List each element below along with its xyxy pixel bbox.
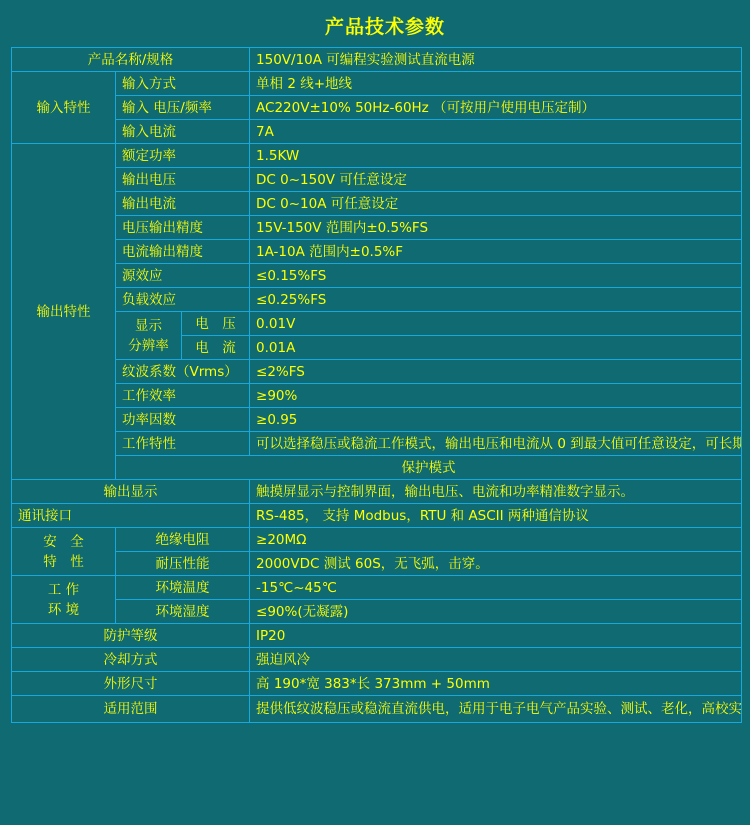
row-value: ≥20MΩ — [250, 528, 742, 552]
row-value: 15V-150V 范围内±0.5%FS — [250, 216, 742, 240]
resolution-current-label: 电 流 — [182, 336, 250, 360]
row-value: 单相 2 线+地线 — [250, 72, 742, 96]
row-label: 产品名称/规格 — [12, 48, 250, 72]
row-label: 环境温度 — [116, 576, 250, 600]
row-value: ≥0.95 — [250, 408, 742, 432]
row-label: 适用范围 — [12, 696, 250, 723]
table-row: 安 全 特 性 绝缘电阻 ≥20MΩ — [12, 528, 742, 552]
row-value: ≤0.25%FS — [250, 288, 742, 312]
row-label: 输出电流 — [116, 192, 250, 216]
table-row: 负载效应 ≤0.25%FS — [12, 288, 742, 312]
row-label: 外形尺寸 — [12, 672, 250, 696]
row-value: AC220V±10% 50Hz-60Hz （可按用户使用电压定制） — [250, 96, 742, 120]
table-row: 输出电压 DC 0~150V 可任意设定 — [12, 168, 742, 192]
table-row: 通讯接口 RS-485， 支持 Modbus，RTU 和 ASCII 两种通信协… — [12, 504, 742, 528]
table-row: 工 作 环 境 环境温度 -15℃~45℃ — [12, 576, 742, 600]
row-label: 保护模式 — [116, 456, 742, 480]
row-label: 电压输出精度 — [116, 216, 250, 240]
table-row: 防护等级 IP20 — [12, 624, 742, 648]
table-row: 输入 电压/频率 AC220V±10% 50Hz-60Hz （可按用户使用电压定… — [12, 96, 742, 120]
table-row: 电流输出精度 1A-10A 范围内±0.5%F — [12, 240, 742, 264]
resolution-voltage-label: 电 压 — [182, 312, 250, 336]
table-row: 适用范围 提供低纹波稳压或稳流直流供电，适用于电子电气产品实验、测试、老化，高校… — [12, 696, 742, 723]
resolution-voltage-value: 0.01V — [250, 312, 742, 336]
row-label: 源效应 — [116, 264, 250, 288]
row-label: 纹波系数（Vrms） — [116, 360, 250, 384]
row-label: 防护等级 — [12, 624, 250, 648]
table-row: 冷却方式 强迫风冷 — [12, 648, 742, 672]
row-value: 1A-10A 范围内±0.5%F — [250, 240, 742, 264]
row-label: 输入 电压/频率 — [116, 96, 250, 120]
row-value: ≤2%FS — [250, 360, 742, 384]
row-value: ≤0.15%FS — [250, 264, 742, 288]
row-label: 输入方式 — [116, 72, 250, 96]
group-label-line2: 环 境 — [18, 600, 109, 620]
group-label-environment: 工 作 环 境 — [12, 576, 116, 624]
row-value: 1.5KW — [250, 144, 742, 168]
row-label: 输出显示 — [12, 480, 250, 504]
row-value: 高 190*宽 383*长 373mm + 50mm — [250, 672, 742, 696]
table-row: 工作特性 可以选择稳压或稳流工作模式，输出电压和电流从 0 到最大值可任意设定，… — [12, 432, 742, 456]
table-row: 工作效率 ≥90% — [12, 384, 742, 408]
group-label-input: 输入特性 — [12, 72, 116, 144]
resolution-label-line1: 显示 — [122, 316, 175, 336]
row-label: 功率因数 — [116, 408, 250, 432]
table-row: 电压输出精度 15V-150V 范围内±0.5%FS — [12, 216, 742, 240]
row-value: 强迫风冷 — [250, 648, 742, 672]
row-label: 电流输出精度 — [116, 240, 250, 264]
row-value: IP20 — [250, 624, 742, 648]
group-label-output: 输出特性 — [12, 144, 116, 480]
table-row: 输入电流 7A — [12, 120, 742, 144]
table-row: 耐压性能 2000VDC 测试 60S，无飞弧，击穿。 — [12, 552, 742, 576]
group-label-safety: 安 全 特 性 — [12, 528, 116, 576]
row-value: RS-485， 支持 Modbus，RTU 和 ASCII 两种通信协议 — [250, 504, 742, 528]
table-row: 纹波系数（Vrms） ≤2%FS — [12, 360, 742, 384]
row-label: 负载效应 — [116, 288, 250, 312]
table-row: 环境湿度 ≤90%(无凝露) — [12, 600, 742, 624]
table-row: 输出特性 额定功率 1.5KW — [12, 144, 742, 168]
group-label-line1: 工 作 — [18, 580, 109, 600]
row-value: 触摸屏显示与控制界面，输出电压、电流和功率精准数字显示。 — [250, 480, 742, 504]
table-row: 功率因数 ≥0.95 — [12, 408, 742, 432]
row-value: 7A — [250, 120, 742, 144]
table-row: 保护模式 具有过热、过压、过流、短路等故障自动保护功能 — [12, 456, 742, 480]
row-label: 环境湿度 — [116, 600, 250, 624]
row-value: 2000VDC 测试 60S，无飞弧，击穿。 — [250, 552, 742, 576]
row-value: -15℃~45℃ — [250, 576, 742, 600]
resolution-label: 显示 分辨率 — [116, 312, 182, 360]
row-label: 工作特性 — [116, 432, 250, 456]
table-row: 外形尺寸 高 190*宽 383*长 373mm + 50mm — [12, 672, 742, 696]
row-label: 额定功率 — [116, 144, 250, 168]
row-value: 可以选择稳压或稳流工作模式，输出电压和电流从 0 到最大值可任意设定，可长期连续… — [250, 432, 742, 456]
resolution-current-value: 0.01A — [250, 336, 742, 360]
table-row: 输入特性 输入方式 单相 2 线+地线 — [12, 72, 742, 96]
table-row-product-name: 产品名称/规格 150V/10A 可编程实验测试直流电源 — [12, 48, 742, 72]
page-title: 产品技术参数 — [0, 12, 750, 39]
row-label: 输出电压 — [116, 168, 250, 192]
group-label-line2: 特 性 — [18, 552, 109, 572]
table-row-resolution-voltage: 显示 分辨率 电 压 0.01V — [12, 312, 742, 336]
row-value: DC 0~150V 可任意设定 — [250, 168, 742, 192]
row-label: 冷却方式 — [12, 648, 250, 672]
row-label: 输入电流 — [116, 120, 250, 144]
row-label: 耐压性能 — [116, 552, 250, 576]
resolution-label-line2: 分辨率 — [122, 336, 175, 356]
row-label: 工作效率 — [116, 384, 250, 408]
row-label: 绝缘电阻 — [116, 528, 250, 552]
table-row: 源效应 ≤0.15%FS — [12, 264, 742, 288]
table-row: 输出电流 DC 0~10A 可任意设定 — [12, 192, 742, 216]
spec-table: 产品名称/规格 150V/10A 可编程实验测试直流电源 输入特性 输入方式 单… — [11, 47, 742, 723]
row-value: ≥90% — [250, 384, 742, 408]
row-value: DC 0~10A 可任意设定 — [250, 192, 742, 216]
group-label-line1: 安 全 — [18, 532, 109, 552]
table-row: 输出显示 触摸屏显示与控制界面，输出电压、电流和功率精准数字显示。 — [12, 480, 742, 504]
spec-panel: 产品技术参数 产品名称/规格 150V/10A 可编程实验测试直流电源 输入特性… — [0, 0, 750, 825]
row-value: ≤90%(无凝露) — [250, 600, 742, 624]
row-value: 提供低纹波稳压或稳流直流供电，适用于电子电气产品实验、测试、老化，高校实验室和科… — [250, 696, 742, 723]
row-label: 通讯接口 — [12, 504, 250, 528]
row-value: 150V/10A 可编程实验测试直流电源 — [250, 48, 742, 72]
